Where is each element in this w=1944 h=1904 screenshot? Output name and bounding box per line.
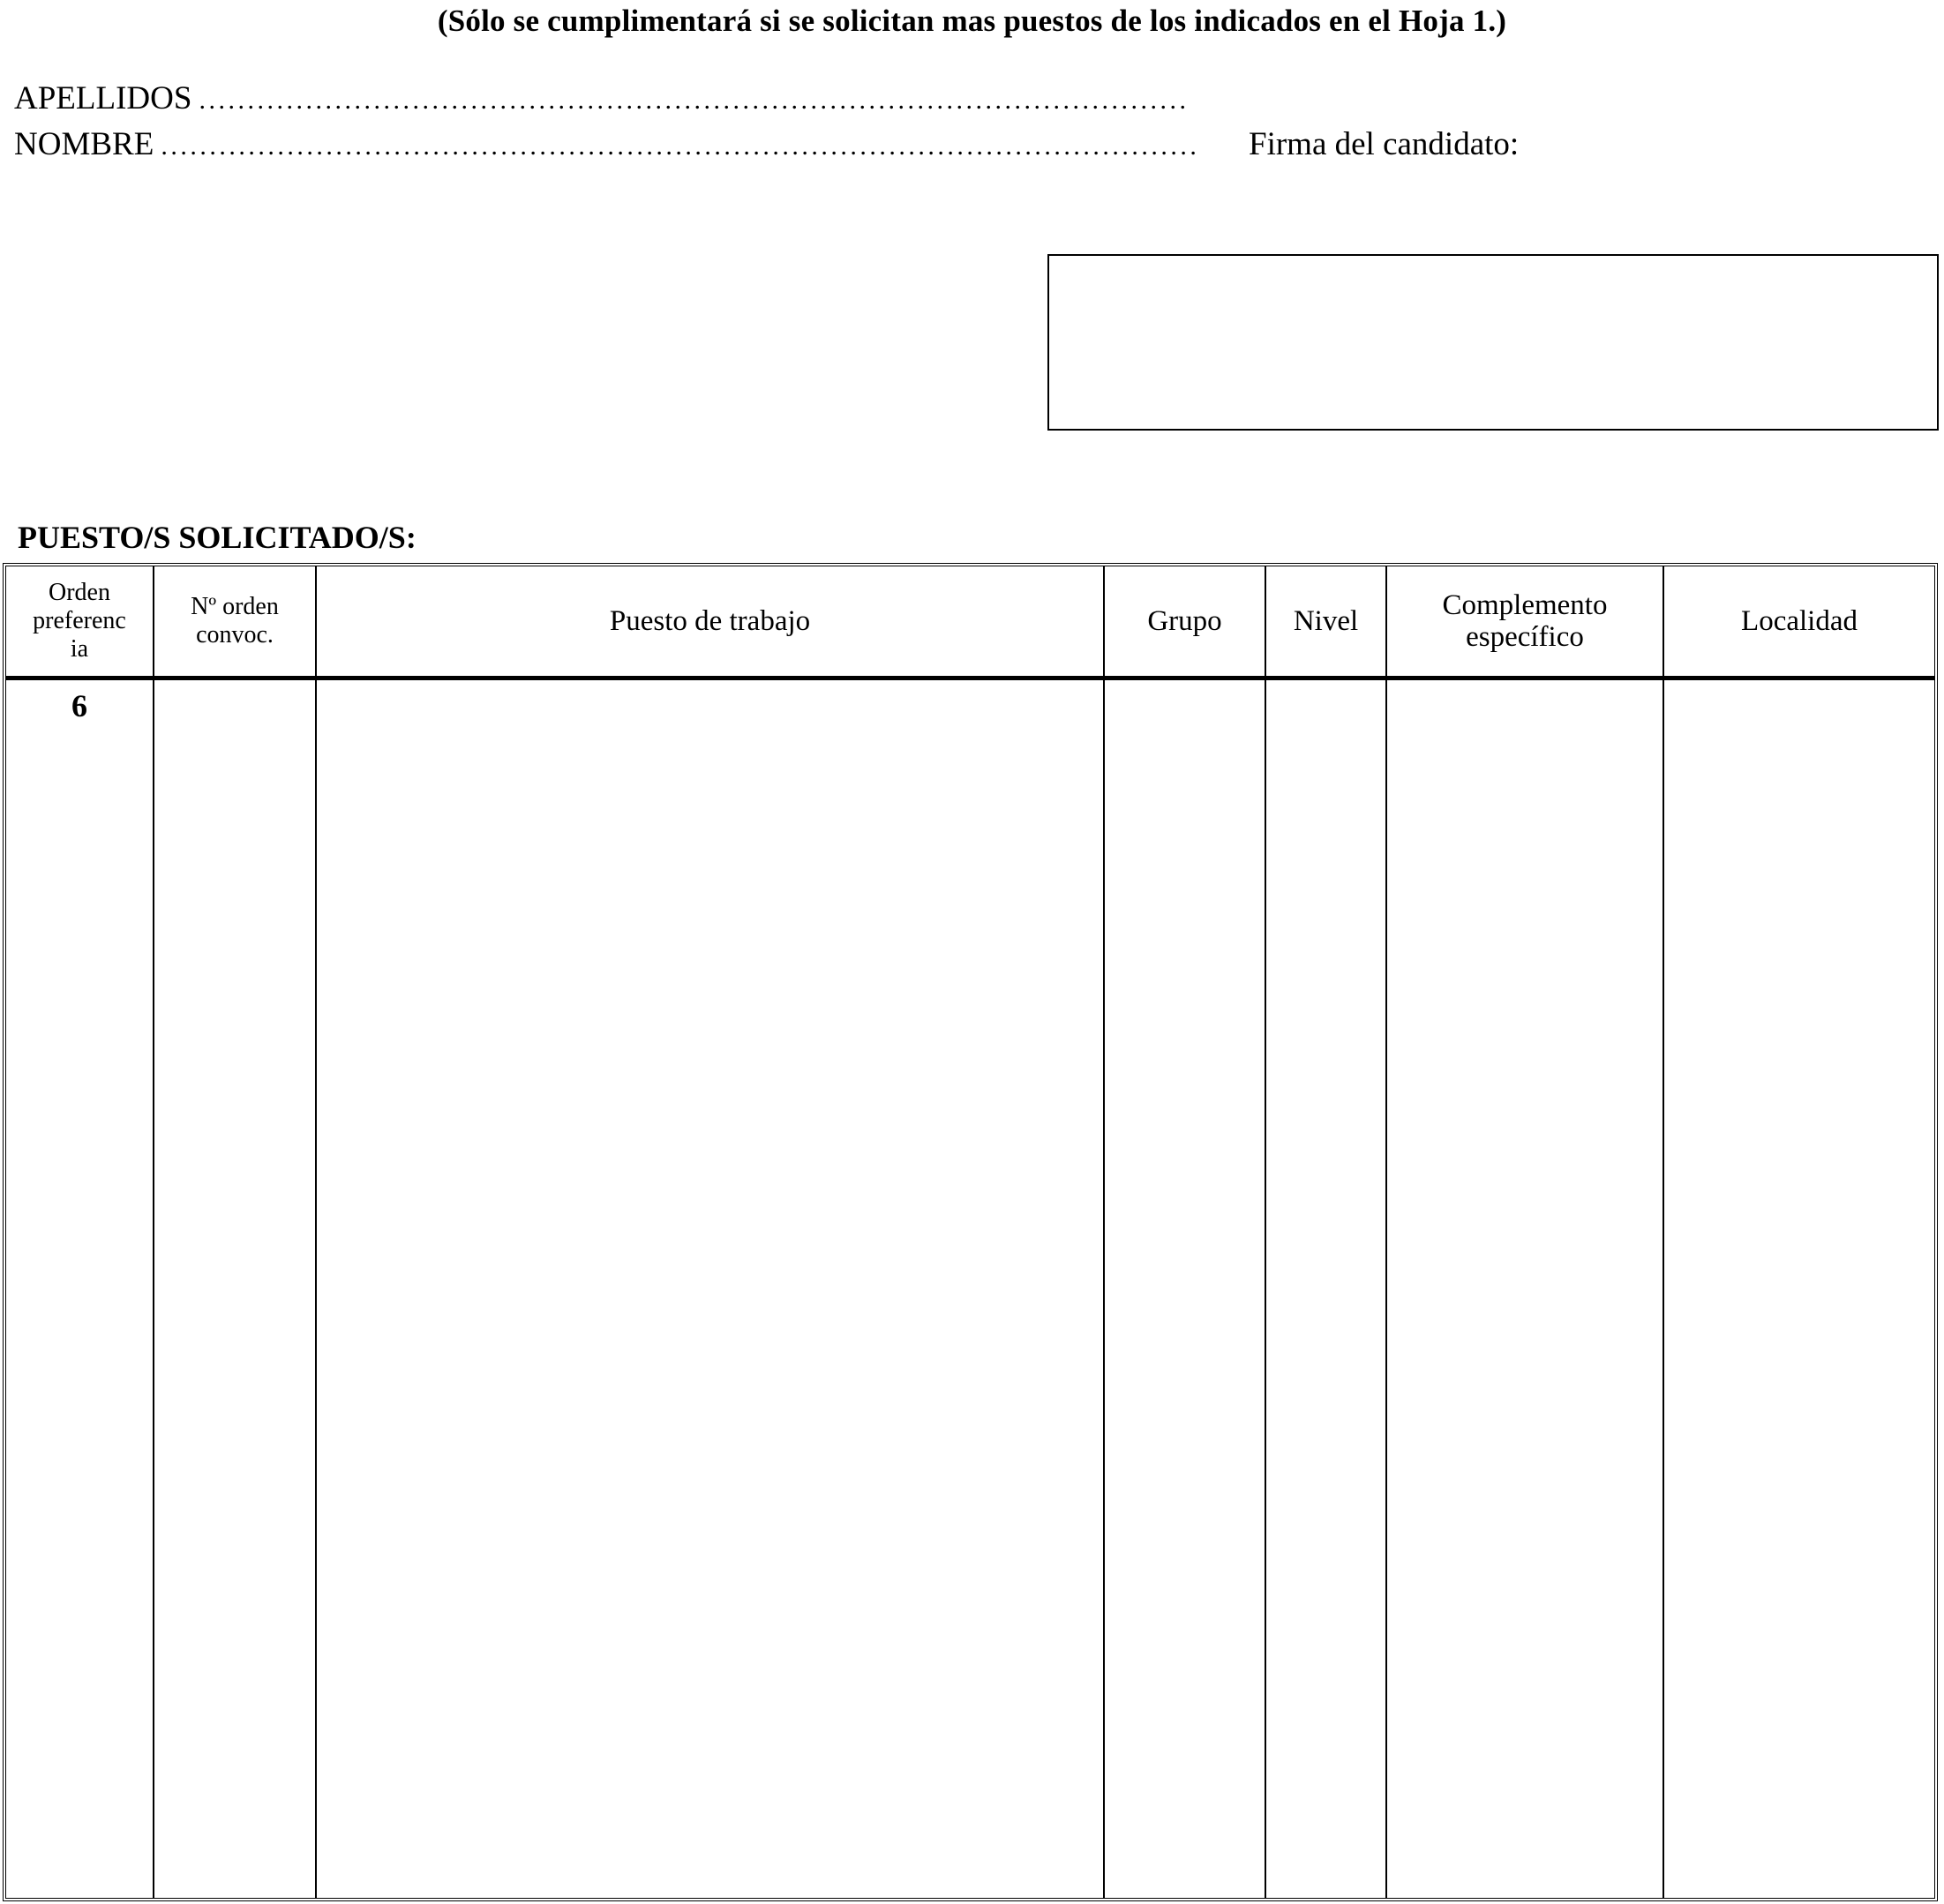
header-orden-line3: ia bbox=[71, 635, 88, 663]
positions-table-frame: Orden preferenc ia Nº orden convoc. Pues… bbox=[3, 563, 1938, 1901]
column-header-orden-preferencia: Orden preferenc ia bbox=[6, 566, 154, 678]
column-header-complemento: Complemento específico bbox=[1386, 566, 1663, 678]
form-instruction-note: (Sólo se cumplimentará si se solicitan m… bbox=[0, 4, 1944, 39]
table-row: 6 bbox=[6, 678, 1934, 1899]
header-complemento-line1: Complemento bbox=[1443, 589, 1608, 621]
cell-orden-preferencia[interactable]: 6 bbox=[6, 678, 154, 1899]
header-norden-line2: convoc. bbox=[196, 621, 274, 648]
signature-box[interactable] bbox=[1047, 254, 1939, 431]
column-header-localidad: Localidad bbox=[1663, 566, 1934, 678]
name-field[interactable]: NOMBRE .................................… bbox=[14, 125, 1196, 163]
column-header-n-orden-convoc: Nº orden convoc. bbox=[154, 566, 316, 678]
table-header-row: Orden preferenc ia Nº orden convoc. Pues… bbox=[6, 566, 1934, 678]
surname-label: APELLIDOS bbox=[14, 79, 191, 117]
order-number: 6 bbox=[6, 680, 153, 724]
positions-table: Orden preferenc ia Nº orden convoc. Pues… bbox=[6, 566, 1934, 1898]
positions-section-title: PUESTO/S SOLICITADO/S: bbox=[18, 519, 417, 556]
cell-grupo[interactable] bbox=[1104, 678, 1265, 1899]
surname-dotted-line[interactable]: ........................................… bbox=[199, 86, 1189, 116]
header-complemento-line2: específico bbox=[1466, 621, 1584, 653]
cell-complemento[interactable] bbox=[1386, 678, 1663, 1899]
column-header-puesto: Puesto de trabajo bbox=[316, 566, 1104, 678]
cell-nivel[interactable] bbox=[1265, 678, 1386, 1899]
header-orden-line1: Orden bbox=[49, 579, 110, 606]
cell-localidad[interactable] bbox=[1663, 678, 1934, 1899]
surname-field[interactable]: APELLIDOS ..............................… bbox=[14, 79, 1189, 117]
name-dotted-line[interactable]: ........................................… bbox=[161, 131, 1196, 161]
cell-puesto[interactable] bbox=[316, 678, 1104, 1899]
column-header-grupo: Grupo bbox=[1104, 566, 1265, 678]
signature-label: Firma del candidato: bbox=[1249, 125, 1519, 163]
name-label: NOMBRE bbox=[14, 125, 154, 163]
header-orden-line2: preferenc bbox=[33, 607, 126, 634]
column-header-nivel: Nivel bbox=[1265, 566, 1386, 678]
cell-n-orden-convoc[interactable] bbox=[154, 678, 316, 1899]
header-norden-line1: Nº orden bbox=[191, 593, 279, 620]
